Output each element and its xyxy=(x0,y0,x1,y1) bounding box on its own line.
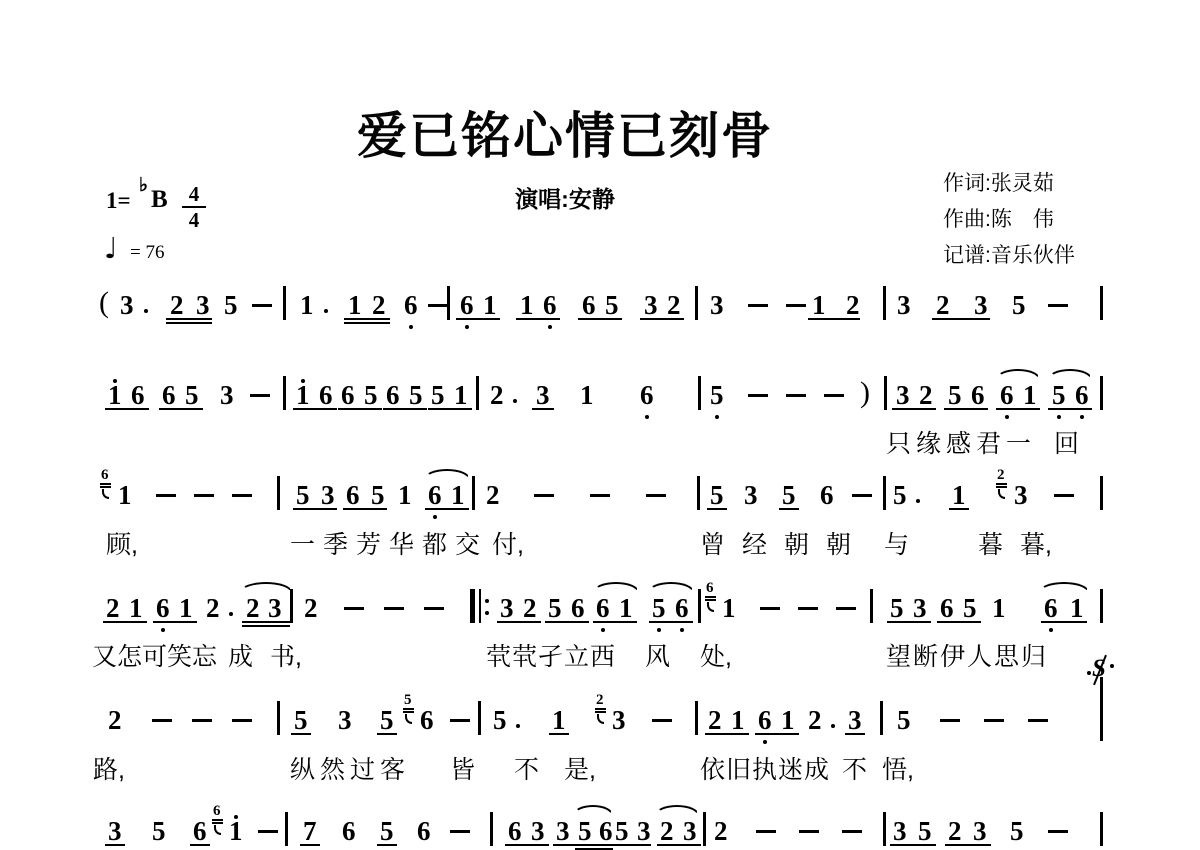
grace-beam xyxy=(595,708,606,710)
time-signature: 4 4 xyxy=(180,183,208,231)
note-digit: 1 xyxy=(300,292,314,319)
duration-dash xyxy=(652,719,672,722)
beam-underline xyxy=(425,508,469,510)
beam-underline xyxy=(293,408,337,410)
lyric-run: 不 xyxy=(842,750,867,786)
beam-underline xyxy=(657,844,701,846)
beam-underline xyxy=(105,408,149,410)
note-digit: 5 xyxy=(605,292,619,319)
note-digit: 5 xyxy=(1012,292,1026,319)
note-digit: 5 xyxy=(710,382,724,409)
duration-dash xyxy=(836,607,856,610)
note-digit: 6 xyxy=(162,382,176,409)
beam-underline xyxy=(383,408,427,410)
note-digit: 6 xyxy=(131,382,145,409)
slur-arc xyxy=(593,582,639,592)
beam-underline xyxy=(159,408,203,410)
note-digit: 6 xyxy=(1075,382,1089,409)
barline xyxy=(697,476,700,510)
note-digit: 6 xyxy=(420,707,434,734)
note-digit: 5 xyxy=(296,482,310,509)
slur-arc xyxy=(996,369,1040,379)
barline xyxy=(476,376,479,410)
slur-arc xyxy=(655,805,699,815)
note-digit: 3 xyxy=(500,595,514,622)
note-digit: 3 xyxy=(683,818,697,845)
parenthesis: ( xyxy=(99,288,109,318)
beam-underline xyxy=(516,318,560,320)
note-digit: 5 xyxy=(409,382,423,409)
note-digit: 3 xyxy=(196,292,210,319)
barline xyxy=(490,812,493,846)
slur-arc xyxy=(240,582,292,592)
grace-note: 6 xyxy=(213,804,221,819)
note-digit: 2 xyxy=(206,595,220,622)
note-digit: 3 xyxy=(108,818,122,845)
note-digit: 1 xyxy=(781,707,795,734)
note-digit: 3 xyxy=(321,482,335,509)
note-digit: 3 xyxy=(556,818,570,845)
repeat-start-thin-bar xyxy=(479,589,481,623)
note-digit: 5 xyxy=(224,292,238,319)
beam-underline xyxy=(505,844,549,846)
barline xyxy=(447,286,450,320)
note-digit: 6 xyxy=(640,382,654,409)
augmentation-dot xyxy=(516,724,520,728)
note-digit: 5 xyxy=(893,482,907,509)
song-title: 爱已铭心情已刻骨 xyxy=(357,96,773,168)
barline xyxy=(277,476,280,510)
lyric-run: 依旧执迷成 xyxy=(700,750,830,786)
beam-underline xyxy=(532,408,554,410)
duration-dash xyxy=(194,494,214,497)
parenthesis: ) xyxy=(860,378,870,408)
note-digit: 1 xyxy=(731,707,745,734)
duration-dash xyxy=(534,494,554,497)
beam-underline xyxy=(593,621,637,623)
lyric-run: 暮 xyxy=(978,525,1003,561)
note-digit: 3 xyxy=(896,382,910,409)
note-digit: 5 xyxy=(380,818,394,845)
octave-dot-low xyxy=(548,325,552,329)
barline xyxy=(1100,589,1103,623)
note-digit: 1 xyxy=(722,595,736,622)
duration-dash xyxy=(1054,494,1074,497)
duration-dash xyxy=(940,719,960,722)
note-digit: 2 xyxy=(246,595,260,622)
grace-beam xyxy=(100,486,111,488)
octave-dot-low xyxy=(763,740,767,744)
octave-dot-high xyxy=(301,379,305,383)
note-digit: 3 xyxy=(220,382,234,409)
note-digit: 2 xyxy=(108,707,122,734)
note-digit: 2 xyxy=(372,292,386,319)
lyric-run: 回 xyxy=(1054,424,1079,460)
duration-dash xyxy=(748,394,768,397)
barline xyxy=(285,812,288,846)
note-digit: 6 xyxy=(428,482,442,509)
note-digit: 6 xyxy=(1044,595,1058,622)
duration-dash xyxy=(344,607,364,610)
grace-beam xyxy=(403,708,414,710)
beam-underline xyxy=(377,844,397,846)
key-prefix: 1= xyxy=(106,188,131,214)
octave-dot-low xyxy=(1049,628,1053,632)
note-digit: 6 xyxy=(758,707,772,734)
lyric-run: 付, xyxy=(492,525,524,561)
note-digit: 5 xyxy=(897,707,911,734)
beam-underline xyxy=(892,408,936,410)
octave-dot-low xyxy=(601,628,605,632)
beam-underline xyxy=(377,733,397,735)
octave-dot-low xyxy=(680,628,684,632)
lyric-run: 只缘感君一 xyxy=(886,424,1036,460)
beam-underline xyxy=(890,844,936,846)
lyric-run: 曾经朝朝 xyxy=(700,525,868,561)
duration-dash xyxy=(258,830,278,833)
duration-dash xyxy=(152,719,172,722)
note-digit: 3 xyxy=(338,707,352,734)
note-digit: 5 xyxy=(380,707,394,734)
beam-underline xyxy=(945,844,991,846)
note-digit: 6 xyxy=(571,595,585,622)
barline xyxy=(290,589,293,623)
lyric-run: 望断伊人思归 xyxy=(886,637,1048,673)
lyric-run: 书, xyxy=(270,637,302,673)
note-digit: 1 xyxy=(179,595,193,622)
note-digit: 3 xyxy=(531,818,545,845)
note-digit: 1 xyxy=(1023,382,1037,409)
duration-dash xyxy=(842,830,862,833)
note-digit: 5 xyxy=(615,818,629,845)
grace-hook xyxy=(597,714,604,724)
note-digit: 2 xyxy=(523,595,537,622)
grace-hook xyxy=(405,714,412,724)
barline xyxy=(478,701,481,735)
note-digit: 5 xyxy=(364,382,378,409)
octave-dot-high xyxy=(113,379,117,383)
note-digit: 3 xyxy=(637,818,651,845)
beam-underline xyxy=(944,408,988,410)
time-numerator: 4 xyxy=(180,183,208,205)
note-digit: 1 xyxy=(483,292,497,319)
augmentation-dot xyxy=(513,399,517,403)
note-digit: 5 xyxy=(1052,382,1066,409)
octave-dot-low xyxy=(1057,415,1061,419)
credits-block: 作词:张灵茹 作曲:陈 伟 记谱:音乐伙伴 xyxy=(943,166,1075,274)
note-digit: 2 xyxy=(106,595,120,622)
grace-hook xyxy=(102,489,109,499)
note-digit: 2 xyxy=(667,292,681,319)
beam-underline xyxy=(428,408,472,410)
note-digit: 3 xyxy=(974,292,988,319)
beam-underline xyxy=(996,408,1040,410)
grace-note: 2 xyxy=(997,468,1005,483)
note-digit: 5 xyxy=(371,482,385,509)
note-digit: 1 xyxy=(229,818,243,845)
barline xyxy=(883,476,886,510)
note-digit: 3 xyxy=(973,818,987,845)
beam-underline xyxy=(497,621,541,623)
augmentation-dot xyxy=(144,309,148,313)
lyric-run: 成 xyxy=(228,637,253,673)
flat-icon: ♭ xyxy=(139,174,148,197)
duration-dash xyxy=(1048,304,1068,307)
lyric-run: 不 xyxy=(514,750,539,786)
grace-note: 2 xyxy=(596,693,604,708)
note-digit: 7 xyxy=(303,818,317,845)
duration-dash xyxy=(232,719,252,722)
duration-dash xyxy=(450,719,470,722)
note-digit: 5 xyxy=(185,382,199,409)
grace-note: 6 xyxy=(101,468,109,483)
note-digit: 3 xyxy=(612,707,626,734)
note-digit: 5 xyxy=(652,595,666,622)
beam-underline xyxy=(293,508,337,510)
note-digit: 3 xyxy=(913,595,927,622)
beam-underline xyxy=(105,844,125,846)
time-denominator: 4 xyxy=(180,209,208,231)
grace-beam xyxy=(212,822,223,824)
note-digit: 2 xyxy=(304,595,318,622)
barline xyxy=(695,286,698,320)
duration-dash xyxy=(250,394,270,397)
duration-dash xyxy=(424,607,444,610)
grace-hook xyxy=(214,825,221,835)
slur-arc xyxy=(648,582,694,592)
duration-dash xyxy=(760,607,780,610)
note-digit: 5 xyxy=(152,818,166,845)
barline xyxy=(1100,476,1103,510)
grace-beam xyxy=(403,711,414,713)
duration-dash xyxy=(799,830,819,833)
sheet-music-page: 爱已铭心情已刻骨 演唱:安静 作词:张灵茹 作曲:陈 伟 记谱:音乐伙伴 1= … xyxy=(0,0,1200,850)
lyric-run: 又怎可笑忘 xyxy=(92,637,217,673)
duration-dash xyxy=(852,494,872,497)
barline xyxy=(1100,376,1103,410)
beam-underline xyxy=(932,318,990,320)
beam-underline xyxy=(549,733,569,735)
beam-underline xyxy=(755,733,799,735)
note-digit: 5 xyxy=(548,595,562,622)
duration-dash xyxy=(798,607,818,610)
slur-arc xyxy=(573,805,613,815)
beam-underline xyxy=(808,318,860,320)
slur-arc xyxy=(1048,369,1092,379)
duration-dash xyxy=(786,394,806,397)
note-digit: 3 xyxy=(644,292,658,319)
beam-underline xyxy=(166,318,212,320)
octave-dot-low xyxy=(409,325,413,329)
note-digit: 6 xyxy=(417,818,431,845)
octave-dot-low xyxy=(657,628,661,632)
beam-underline xyxy=(344,322,390,324)
beam-underline xyxy=(338,408,382,410)
note-digit: 1 xyxy=(552,707,566,734)
lyric-run: 是, xyxy=(564,750,596,786)
barline xyxy=(698,589,701,623)
barline xyxy=(703,812,706,846)
note-digit: 2 xyxy=(919,382,933,409)
note-digit: 5 xyxy=(493,707,507,734)
grace-beam xyxy=(996,486,1007,488)
barline xyxy=(1100,812,1103,846)
note-digit: 6 xyxy=(1000,382,1014,409)
duration-dash xyxy=(786,304,806,307)
key-letter: B xyxy=(151,186,168,214)
beam-underline xyxy=(1048,408,1092,410)
beam-underline xyxy=(343,508,387,510)
grace-hook xyxy=(998,489,1005,499)
octave-dot-low xyxy=(1080,415,1084,419)
note-digit: 6 xyxy=(675,595,689,622)
segno-dot xyxy=(1087,671,1091,675)
note-digit: 6 xyxy=(193,818,207,845)
grace-note: 5 xyxy=(404,693,412,708)
lyric-run: 皆 xyxy=(450,750,475,786)
note-digit: 6 xyxy=(319,382,333,409)
barline xyxy=(880,701,883,735)
lyric-run: 处, xyxy=(700,637,732,673)
beam-underline xyxy=(779,508,799,510)
octave-dot-low xyxy=(465,325,469,329)
note-digit: 2 xyxy=(846,292,860,319)
note-digit: 1 xyxy=(296,382,310,409)
note-digit: 1 xyxy=(454,382,468,409)
singer-label: 演唱:安静 xyxy=(515,181,615,214)
octave-dot-low xyxy=(715,415,719,419)
note-digit: 5 xyxy=(963,595,977,622)
note-digit: 6 xyxy=(971,382,985,409)
note-digit: 6 xyxy=(386,382,400,409)
augmentation-dot xyxy=(229,612,233,616)
note-digit: 2 xyxy=(708,707,722,734)
note-digit: 2 xyxy=(714,818,728,845)
lyric-run: 茕茕孑立西 xyxy=(486,637,616,673)
note-digit: 1 xyxy=(129,595,143,622)
note-digit: 5 xyxy=(431,382,445,409)
transcriber-credit: 记谱:音乐伙伴 xyxy=(943,238,1075,274)
note-digit: 6 xyxy=(404,292,418,319)
duration-dash xyxy=(748,304,768,307)
duration-dash xyxy=(1028,719,1048,722)
beam-underline xyxy=(705,733,749,735)
barline xyxy=(883,812,886,846)
duration-dash xyxy=(646,494,666,497)
duration-dash xyxy=(384,607,404,610)
note-digit: 5 xyxy=(890,595,904,622)
barline xyxy=(1100,677,1103,741)
repeat-start-dot xyxy=(485,611,489,615)
note-digit: 1 xyxy=(108,382,122,409)
note-digit: 3 xyxy=(536,382,550,409)
lyric-run: 与 xyxy=(884,525,909,561)
note-digit: 1 xyxy=(451,482,465,509)
note-digit: 5 xyxy=(294,707,308,734)
note-digit: 1 xyxy=(348,292,362,319)
note-digit: 1 xyxy=(1070,595,1084,622)
octave-dot-low xyxy=(433,515,437,519)
beam-underline xyxy=(845,733,865,735)
grace-beam xyxy=(996,483,1007,485)
note-digit: 6 xyxy=(156,595,170,622)
grace-beam xyxy=(212,819,223,821)
note-digit: 2 xyxy=(936,292,950,319)
segno-dot xyxy=(1110,664,1114,668)
duration-dash xyxy=(232,494,252,497)
barline xyxy=(283,376,286,410)
duration-dash xyxy=(156,494,176,497)
barline xyxy=(883,286,886,320)
grace-note: 6 xyxy=(706,581,714,596)
beam-underline xyxy=(190,844,210,846)
lyric-run: 暮, xyxy=(1020,525,1052,561)
grace-beam xyxy=(705,599,716,601)
tempo-value: = 76 xyxy=(130,242,164,264)
beam-underline xyxy=(242,621,290,623)
note-digit: 2 xyxy=(170,292,184,319)
note-digit: 2 xyxy=(660,818,674,845)
note-digit: 5 xyxy=(578,818,592,845)
note-digit: 6 xyxy=(940,595,954,622)
lyric-run: 顾, xyxy=(106,525,138,561)
note-digit: 3 xyxy=(848,707,862,734)
note-digit: 6 xyxy=(543,292,557,319)
note-digit: 3 xyxy=(897,292,911,319)
note-digit: 6 xyxy=(341,382,355,409)
lyric-run: 悟, xyxy=(882,750,914,786)
slur-arc xyxy=(424,469,470,479)
beam-underline xyxy=(640,318,684,320)
lyric-run: 纵然过客 xyxy=(290,750,410,786)
composer-credit: 作曲:陈 伟 xyxy=(943,202,1075,238)
beam-underline xyxy=(291,733,311,735)
lyric-run: 一季芳华都交 xyxy=(290,525,488,561)
note-digit: 1 xyxy=(619,595,633,622)
grace-hook xyxy=(707,602,714,612)
note-digit: 6 xyxy=(820,482,834,509)
note-digit: 6 xyxy=(342,818,356,845)
barline xyxy=(472,476,475,510)
duration-dash xyxy=(756,830,776,833)
beam-underline xyxy=(578,318,622,320)
barline xyxy=(283,286,286,320)
beam-underline xyxy=(553,844,651,846)
lyric-run: 风 xyxy=(645,637,670,673)
note-digit: 6 xyxy=(508,818,522,845)
note-digit: 6 xyxy=(460,292,474,319)
note-digit: 2 xyxy=(948,818,962,845)
duration-dash xyxy=(1048,830,1068,833)
note-digit: 5 xyxy=(918,818,932,845)
note-digit: 1 xyxy=(398,482,412,509)
note-digit: 3 xyxy=(893,818,907,845)
note-digit: 5 xyxy=(782,482,796,509)
duration-dash xyxy=(824,394,844,397)
duration-dash xyxy=(428,304,448,307)
note-digit: 5 xyxy=(710,482,724,509)
quarter-note-icon: ♩ xyxy=(104,231,118,265)
note-digit: 6 xyxy=(596,595,610,622)
slur-arc xyxy=(1039,582,1089,592)
beam-underline xyxy=(300,844,320,846)
beam-underline xyxy=(103,621,147,623)
lyric-run: 路, xyxy=(93,750,125,786)
note-digit: 1 xyxy=(520,292,534,319)
octave-dot-high xyxy=(234,815,238,819)
note-digit: 1 xyxy=(118,482,132,509)
note-digit: 6 xyxy=(346,482,360,509)
